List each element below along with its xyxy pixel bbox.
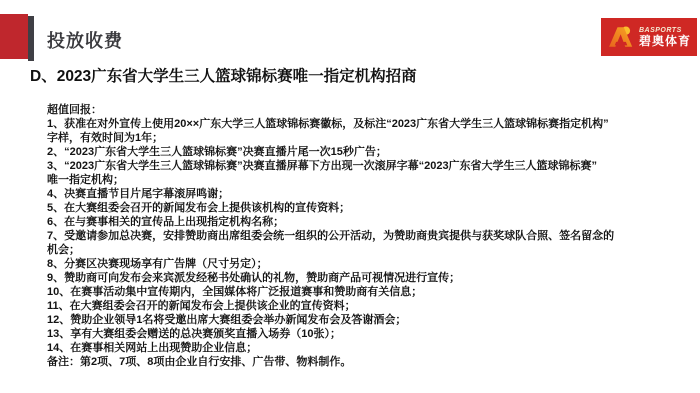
body-line: 3、“2023广东省大学生三人篮球锦标赛”决赛直播屏幕下方出现一次滚屏字幕“20…	[47, 159, 682, 173]
benefits-list: 超值回报：1、获准在对外宣传上使用20××广东大学三人篮球锦标赛徽标，及标注“2…	[47, 103, 682, 369]
body-line: 字样，有效时间为1年；	[47, 131, 682, 145]
body-line: 7、受邀请参加总决赛，安排赞助商出席组委会统一组织的公开活动，为赞助商贵宾提供与…	[47, 229, 682, 243]
brand-logo-text: BASPORTS 碧奥体育	[639, 27, 691, 47]
brand-logo: BASPORTS 碧奥体育	[601, 18, 697, 56]
body-line: 机会；	[47, 243, 682, 257]
body-line: 14、在赛事相关网站上出现赞助企业信息；	[47, 341, 682, 355]
body-line: 12、赞助企业领导1名将受邀出席大赛组委会举办新闻发布会及答谢酒会；	[47, 313, 682, 327]
body-line: 唯一指定机构；	[47, 173, 682, 187]
body-line: 4、决赛直播节目片尾字幕滚屏鸣谢；	[47, 187, 682, 201]
body-line: 备注：第2项、7项、8项由企业自行安排、广告带、物料制作。	[47, 355, 682, 369]
slide-title: D、2023广东省大学生三人篮球锦标赛唯一指定机构招商	[30, 64, 417, 86]
header-accent-bar	[28, 16, 34, 61]
body-line: 1、获准在对外宣传上使用20××广东大学三人篮球锦标赛徽标，及标注“2023广东…	[47, 117, 682, 131]
brand-name-en: BASPORTS	[639, 27, 691, 34]
body-line: 5、在大赛组委会召开的新闻发布会上提供该机构的宣传资料；	[47, 201, 682, 215]
body-line: 13、享有大赛组委会赠送的总决赛颁奖直播入场券（10张）；	[47, 327, 682, 341]
slide: 投放收费 BASPORTS 碧奥体育 D、2023广东省大学生三人篮球锦标赛唯一…	[0, 0, 700, 393]
section-title: 投放收费	[47, 27, 123, 53]
body-line: 9、赞助商可向发布会来宾派发经秘书处确认的礼物，赞助商产品可视情况进行宣传；	[47, 271, 682, 285]
body-line: 10、在赛事活动集中宣传期内，全国媒体将广泛报道赛事和赞助商有关信息；	[47, 285, 682, 299]
basports-logo-icon	[607, 24, 635, 50]
brand-name-cn: 碧奥体育	[639, 35, 691, 47]
header-accent-square	[0, 14, 28, 59]
body-line: 11、在大赛组委会召开的新闻发布会上提供该企业的宣传资料；	[47, 299, 682, 313]
body-line: 8、分赛区决赛现场享有广告牌（尺寸另定）；	[47, 257, 682, 271]
body-line: 超值回报：	[47, 103, 682, 117]
body-line: 2、“2023广东省大学生三人篮球锦标赛”决赛直播片尾一次15秒广告；	[47, 145, 682, 159]
body-line: 6、在与赛事相关的宣传品上出现指定机构名称；	[47, 215, 682, 229]
